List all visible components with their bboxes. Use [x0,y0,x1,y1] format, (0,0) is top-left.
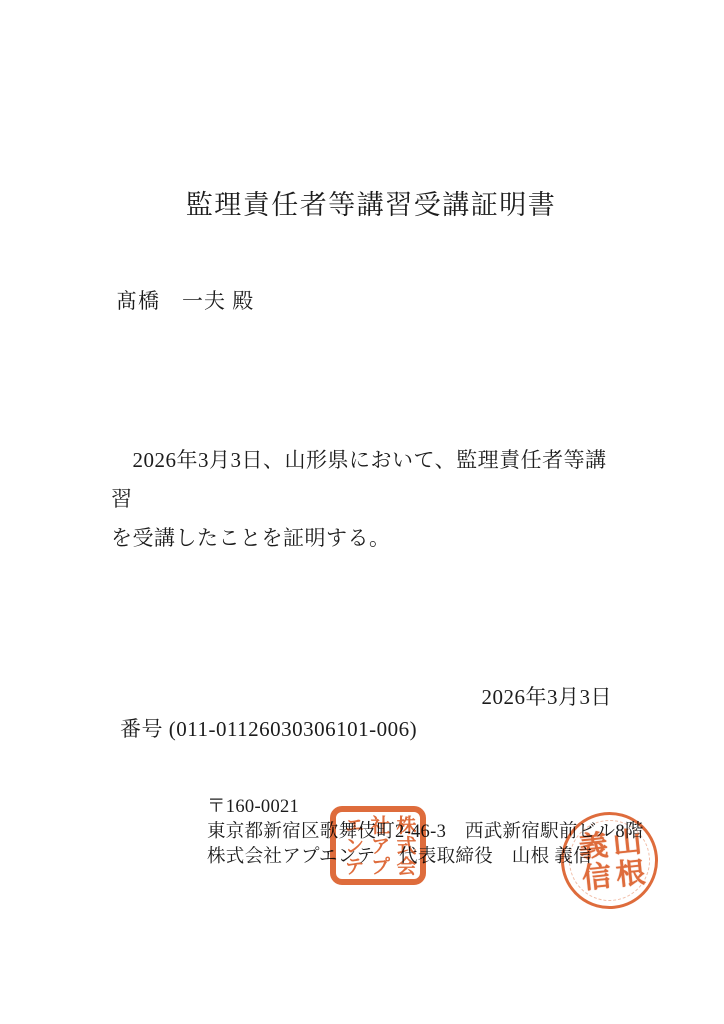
body-line-2: を受講したことを証明する。 [111,519,624,558]
certificate-page: 監理責任者等講習受講証明書 髙橋 一夫 殿 2026年3月3日、山形県において、… [0,0,724,1024]
document-title: 監理責任者等講習受講証明書 [0,183,724,222]
representative-seal-text: 山根義信 [572,825,646,896]
recipient-name: 髙橋 一夫 殿 [116,285,254,315]
certificate-body: 2026年3月3日、山形県において、監理責任者等講習 を受講したことを証明する。 [111,441,624,558]
company-square-seal-icon: 株式会社アプエンテ [330,806,426,885]
certificate-number: 番号 (011-01126030306101-006) [120,713,417,743]
body-line-1: 2026年3月3日、山形県において、監理責任者等講習 [111,441,624,519]
issue-date: 2026年3月3日 [482,681,613,711]
company-seal-text: 株式会社アプエンテ [339,814,417,876]
